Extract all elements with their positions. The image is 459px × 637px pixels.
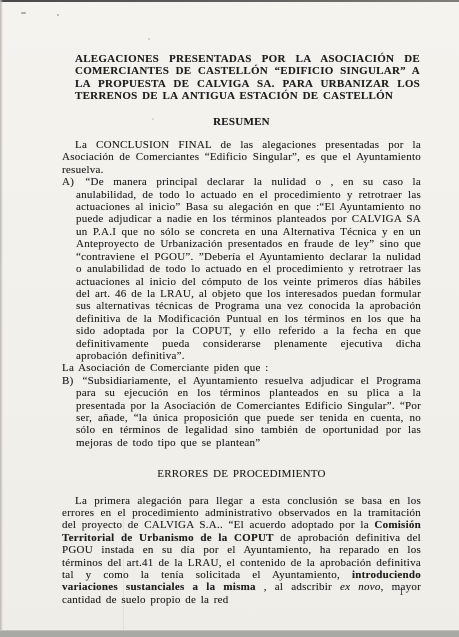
page-number: 1 (399, 588, 404, 598)
errores-heading: ERRORES DE PROCEDIMIENTO (62, 468, 421, 480)
allegation-item-a: A) “De manera principal declarar la nuli… (62, 176, 421, 362)
document-content: ALEGACIONES PRESENTADAS POR LA ASOCIACIÓ… (62, 53, 421, 606)
resumen-heading: RESUMEN (62, 116, 421, 128)
scanned-document-page: ALEGACIONES PRESENTADAS POR LA ASOCIACIÓ… (0, 0, 459, 637)
scan-speck (57, 14, 59, 16)
scan-edge-bottom (0, 630, 459, 637)
document-title: ALEGACIONES PRESENTADAS POR LA ASOCIACIÓ… (75, 53, 420, 103)
item-a-marker: A) (62, 176, 76, 188)
scan-edge-left (0, 0, 3, 637)
closing-paragraph: La primera alegación para llegar a esta … (62, 495, 421, 607)
item-b-text: “Subsidiariamente, el Ayuntamiento resue… (76, 375, 421, 449)
intro-paragraph: La CONCLUSION FINAL de las alegaciones p… (62, 139, 421, 176)
item-b-marker: B) (62, 375, 76, 387)
scan-edge-top (0, 0, 459, 2)
scan-speck (21, 12, 26, 14)
item-a-text: “De manera principal declarar la nulidad… (76, 176, 421, 362)
closing-seg1: La primera alegación para llegar a esta … (62, 495, 421, 532)
allegation-item-b: B) “Subsidiariamente, el Ayuntamiento re… (62, 375, 421, 449)
petition-line: La Asociación de Comerciante piden que : (62, 362, 421, 374)
closing-seg5: , al adscribir (256, 581, 340, 593)
closing-seg6-italic: ex novo (340, 581, 381, 593)
scan-speck (148, 38, 150, 40)
